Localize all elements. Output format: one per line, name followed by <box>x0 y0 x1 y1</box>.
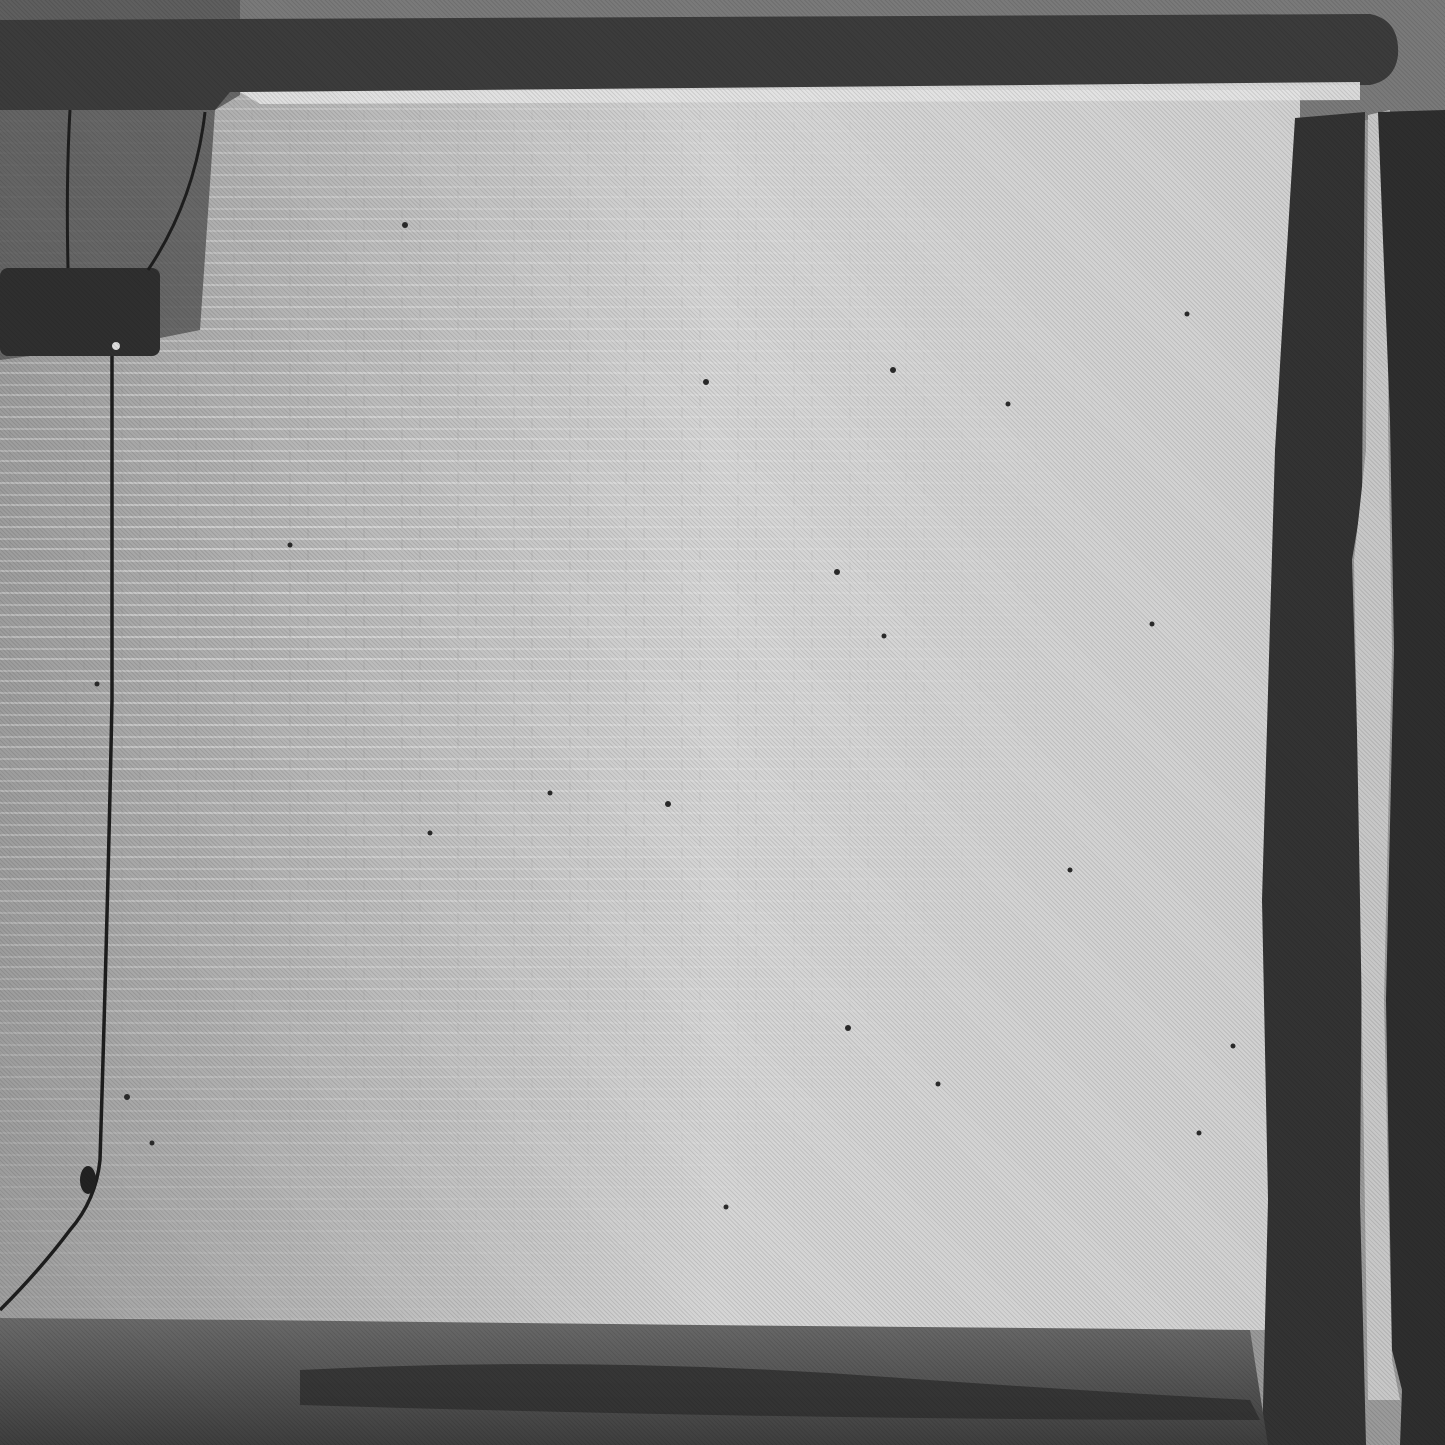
photograph <box>0 0 1445 1445</box>
wall-scene <box>0 0 1445 1445</box>
electrical-box <box>0 268 160 356</box>
box-screw <box>112 342 120 350</box>
cord-plug <box>80 1166 96 1194</box>
